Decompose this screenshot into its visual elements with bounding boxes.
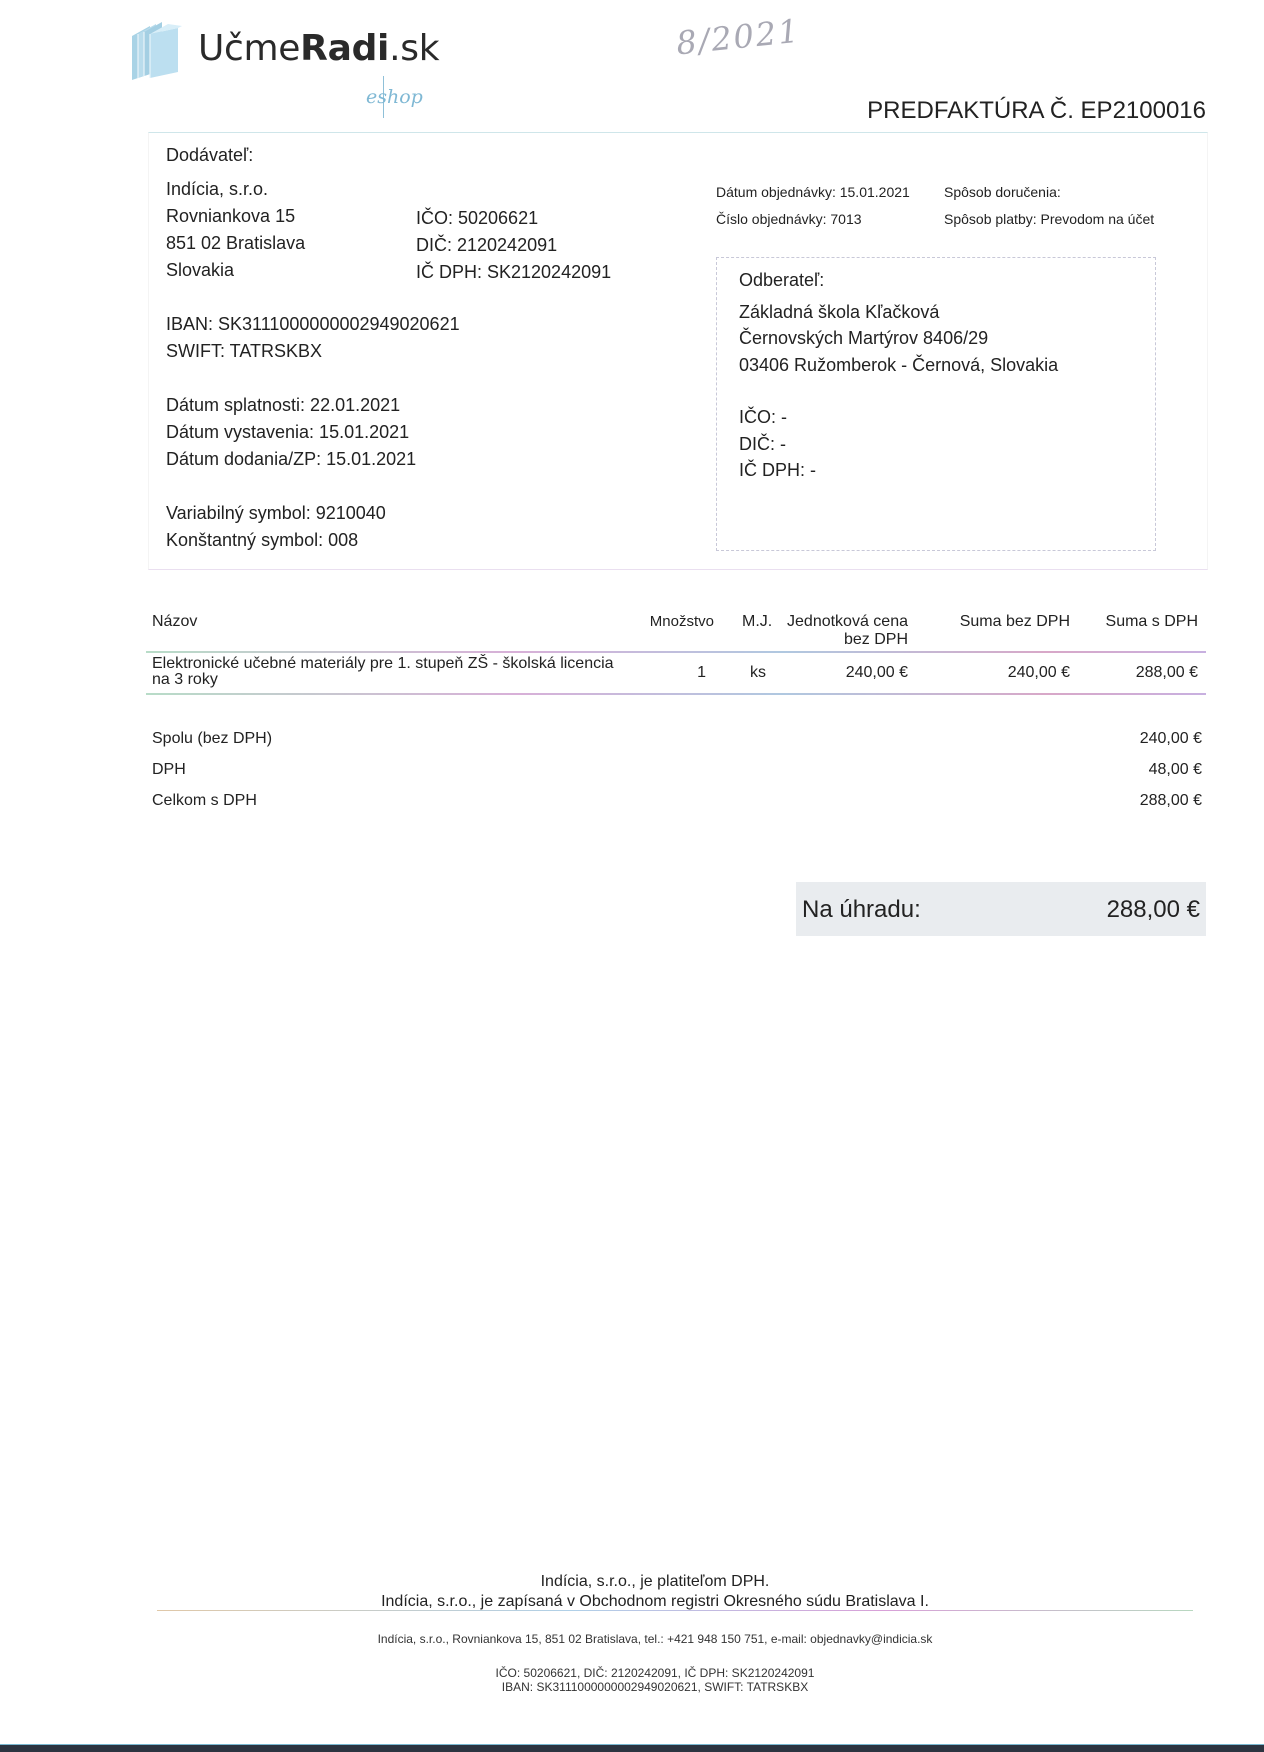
supplier-label: Dodávateľ:	[166, 142, 460, 169]
customer-ic-dph: IČ DPH: -	[739, 457, 1058, 484]
supplier-ids: IČO: 50206621 DIČ: 2120242091 IČ DPH: SK…	[416, 205, 611, 286]
total-label: Celkom s DPH	[152, 792, 257, 809]
items-table: Názov Množstvo M.J. Jednotková cena bez …	[146, 605, 1206, 695]
customer-city: 03406 Ružomberok - Černová, Slovakia	[739, 352, 1058, 379]
table-row: Elektronické učebné materiály pre 1. stu…	[146, 653, 1206, 693]
header-name: Názov	[152, 613, 197, 631]
amount-due-box: Na úhradu: 288,00 €	[796, 882, 1206, 936]
total-label: Spolu (bez DPH)	[152, 730, 272, 747]
item-sum-vat: 288,00 €	[1136, 664, 1198, 682]
variable-symbol: Variabilný symbol: 9210040	[166, 500, 460, 527]
total-row-grand: Celkom s DPH 288,00 €	[152, 792, 1202, 823]
total-value: 48,00 €	[1149, 761, 1202, 779]
constant-symbol: Konštantný symbol: 008	[166, 527, 460, 554]
item-sum-no-vat: 240,00 €	[1008, 664, 1070, 682]
header-sum-vat: Suma s DPH	[1106, 613, 1198, 631]
footer-registry: Indícia, s.r.o., je zapísaná v Obchodnom…	[0, 1593, 1264, 1611]
amount-due-value: 288,00 €	[1107, 896, 1200, 924]
brand-logo-sub: eshop	[366, 86, 423, 108]
customer-ico: IČO: -	[739, 404, 1058, 431]
totals: Spolu (bez DPH) 240,00 € DPH 48,00 € Cel…	[152, 730, 1202, 823]
supplier-name: Indícia, s.r.o.	[166, 176, 460, 203]
customer-dic: DIČ: -	[739, 431, 1058, 458]
header-unit: M.J.	[742, 613, 772, 631]
order-number: Číslo objednávky: 7013	[716, 211, 862, 227]
amount-due-label: Na úhradu:	[802, 896, 921, 924]
supplier-block: Dodávateľ: Indícia, s.r.o. Rovniankova 1…	[166, 142, 460, 554]
supplier-iban: IBAN: SK3111000000002949020621	[166, 311, 460, 338]
item-qty: 1	[697, 664, 706, 682]
total-value: 240,00 €	[1140, 730, 1202, 748]
total-row-vat: DPH 48,00 €	[152, 761, 1202, 792]
total-value: 288,00 €	[1140, 792, 1202, 810]
document-title: PREDFAKTÚRA Č. EP2100016	[867, 97, 1206, 125]
footer-divider	[157, 1610, 1193, 1611]
table-divider	[146, 693, 1206, 695]
item-unit: ks	[750, 664, 766, 682]
books-stack-icon	[128, 22, 184, 82]
total-label: DPH	[152, 761, 186, 778]
supplier-swift: SWIFT: TATRSKBX	[166, 338, 460, 365]
customer-label: Odberateľ:	[739, 267, 1058, 294]
footer-bank: IBAN: SK3111000000002949020621, SWIFT: T…	[0, 1680, 1264, 1694]
header-sum-no-vat: Suma bez DPH	[960, 613, 1070, 631]
handwritten-note: 8/2021	[674, 12, 802, 63]
header-unit-price: Jednotková cena bez DPH	[787, 613, 908, 649]
supplier-ic-dph: IČ DPH: SK2120242091	[416, 259, 611, 286]
table-header: Názov Množstvo M.J. Jednotková cena bez …	[146, 605, 1206, 651]
supplier-ico: IČO: 50206621	[416, 205, 611, 232]
scan-edge	[0, 1744, 1264, 1752]
order-date: Dátum objednávky: 15.01.2021	[716, 184, 910, 200]
item-name: Elektronické učebné materiály pre 1. stu…	[152, 656, 652, 688]
due-date: Dátum splatnosti: 22.01.2021	[166, 392, 460, 419]
brand-logo-text: UčmeRadi.sk	[198, 28, 439, 69]
customer-name: Základná škola Kľačková	[739, 299, 1058, 326]
total-row-subtotal: Spolu (bez DPH) 240,00 €	[152, 730, 1202, 761]
header-qty: Množstvo	[650, 613, 714, 630]
item-unit-price: 240,00 €	[846, 664, 908, 682]
footer-ids: IČO: 50206621, DIČ: 2120242091, IČ DPH: …	[0, 1666, 1264, 1694]
supplier-dic: DIČ: 2120242091	[416, 232, 611, 259]
footer-contact: Indícia, s.r.o., Rovniankova 15, 851 02 …	[0, 1632, 1264, 1646]
footer-tax-ids: IČO: 50206621, DIČ: 2120242091, IČ DPH: …	[0, 1666, 1264, 1680]
customer-street: Černovských Martýrov 8406/29	[739, 325, 1058, 352]
delivery-method: Spôsob doručenia:	[944, 184, 1061, 200]
delivery-date: Dátum dodania/ZP: 15.01.2021	[166, 446, 460, 473]
issue-date: Dátum vystavenia: 15.01.2021	[166, 419, 460, 446]
payment-method: Spôsob platby: Prevodom na účet	[944, 211, 1154, 227]
footer-vat-payer: Indícia, s.r.o., je platiteľom DPH.	[0, 1573, 1264, 1591]
customer-block: Odberateľ: Základná škola Kľačková Černo…	[739, 267, 1058, 484]
